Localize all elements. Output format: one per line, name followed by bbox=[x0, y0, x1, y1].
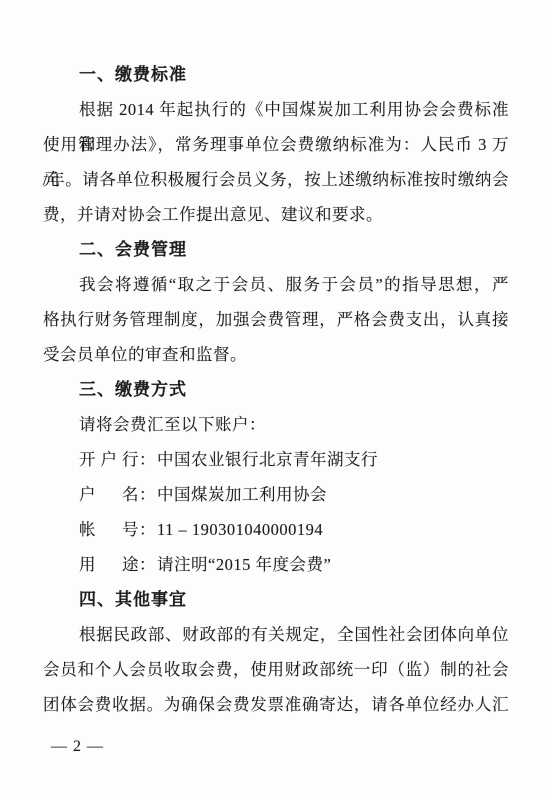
bank-field-colon: ： bbox=[139, 547, 156, 582]
section-heading-fee-management: 二、会费管理 bbox=[43, 232, 509, 267]
paragraph-line: 会员和个人会员收取会费，使用财政部统一印（监）制的社会 bbox=[43, 652, 509, 687]
bank-field-value: 中国农业银行北京青年湖支行 bbox=[157, 450, 378, 469]
bank-field-value: 请注明“2015 年度会费” bbox=[157, 555, 331, 574]
bank-row-account-number: 帐号：11 – 190301040000194 bbox=[43, 512, 509, 547]
bank-field-colon: ： bbox=[139, 477, 156, 512]
bank-field-value: 中国煤炭加工利用协会 bbox=[157, 485, 327, 504]
bank-field-value: 11 – 190301040000194 bbox=[157, 520, 323, 539]
paragraph-line: 使用管理办法》，常务理事单位会费缴纳标准为：人民币 3 万元 bbox=[43, 127, 509, 162]
paragraph-line: 根据 2014 年起执行的《中国煤炭加工利用协会会费标准和 bbox=[43, 92, 509, 127]
section-heading-other-matters: 四、其他事宜 bbox=[43, 582, 509, 617]
bank-field-label: 户名 bbox=[79, 477, 139, 512]
page-number: — 2 — bbox=[43, 729, 509, 764]
paragraph-line: 费，并请对协会工作提出意见、建议和要求。 bbox=[43, 197, 509, 232]
section-heading-payment-standard: 一、缴费标准 bbox=[43, 57, 509, 92]
section-heading-payment-method: 三、缴费方式 bbox=[43, 372, 509, 407]
paragraph-line: /年。请各单位积极履行会员义务，按上述缴纳标准按时缴纳会 bbox=[43, 162, 509, 197]
scanned-document-page: 一、缴费标准 根据 2014 年起执行的《中国煤炭加工利用协会会费标准和 使用管… bbox=[0, 0, 550, 799]
bank-field-label: 用途 bbox=[79, 547, 139, 582]
document-content: 一、缴费标准 根据 2014 年起执行的《中国煤炭加工利用协会会费标准和 使用管… bbox=[43, 57, 509, 764]
bank-field-label: 开户行 bbox=[79, 442, 139, 477]
bank-intro-line: 请将会费汇至以下账户： bbox=[43, 407, 509, 442]
bank-field-colon: ： bbox=[139, 442, 156, 477]
bank-row-opening-bank: 开户行：中国农业银行北京青年湖支行 bbox=[43, 442, 509, 477]
bank-row-purpose: 用途：请注明“2015 年度会费” bbox=[43, 547, 509, 582]
paragraph-line: 根据民政部、财政部的有关规定，全国性社会团体向单位 bbox=[43, 617, 509, 652]
bank-field-label: 帐号 bbox=[79, 512, 139, 547]
paragraph-line: 团体会费收据。为确保会费发票准确寄达，请各单位经办人汇 bbox=[43, 687, 509, 722]
bank-row-account-name: 户名：中国煤炭加工利用协会 bbox=[43, 477, 509, 512]
paragraph-line: 我会将遵循“取之于会员、服务于会员”的指导思想，严 bbox=[43, 267, 509, 302]
paragraph-line: 受会员单位的审查和监督。 bbox=[43, 337, 509, 372]
paragraph-line: 格执行财务管理制度，加强会费管理，严格会费支出，认真接 bbox=[43, 302, 509, 337]
bank-field-colon: ： bbox=[139, 512, 156, 547]
